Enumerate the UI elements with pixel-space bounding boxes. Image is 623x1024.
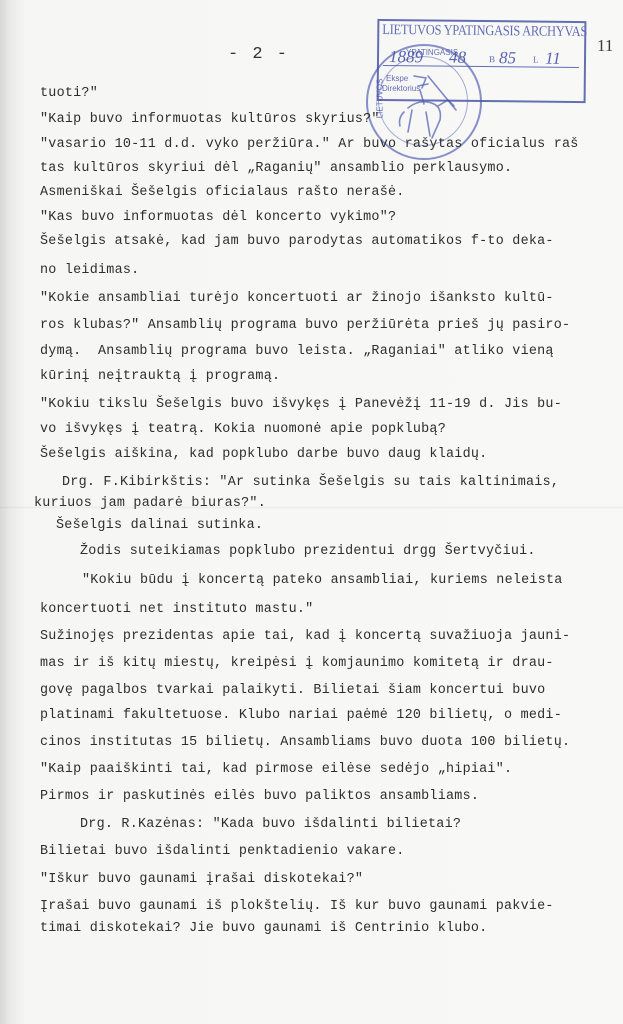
- text-line: koncertuoti net instituto mastu.": [40, 602, 313, 617]
- text-line: "Kokiu tikslu Šešelgis buvo išvykęs į Pa…: [40, 397, 562, 412]
- text-line: kūrinį neįtrauktą į programą.: [40, 369, 280, 384]
- archive-stamp-title: LIETUVOS YPATINGASIS ARCHYVAS: [382, 22, 587, 41]
- text-line: Bilietai buvo išdalinti penktadienio vak…: [40, 844, 405, 859]
- text-line: Šešelgis aiškina, kad popklubo darbe buv…: [40, 447, 487, 462]
- stamp-file-label: B: [489, 54, 495, 64]
- text-line: mas ir iš kitų miestų, kreipėsi į komjau…: [40, 656, 554, 671]
- text-line: cinos institutas 15 bilietų. Ansambliams…: [40, 735, 570, 750]
- text-line: Žodis suteikiamas popklubo prezidentui d…: [80, 544, 536, 559]
- text-line: platinami fakultetuose. Klubo nariai paė…: [40, 708, 562, 723]
- page-number: - 2 -: [228, 45, 289, 64]
- text-line: "Kokie ansambliai turėjo koncertuoti ar …: [40, 291, 554, 306]
- text-line: kuriuos jam padarė biuras?".: [34, 496, 266, 511]
- document-page: - 2 - 11 LIETUVOS YPATINGASIS ARCHYVAS 1…: [0, 0, 623, 1024]
- text-line: timai diskotekai? Jie buvo gaunami iš Ce…: [40, 921, 487, 936]
- text-line: Šešelgis atsakė, kad jam buvo parodytas …: [40, 234, 554, 249]
- text-line: govę pagalbos tvarkai palaikyti. Bilieta…: [40, 683, 545, 698]
- text-line: "Kaip buvo informuotas kultūros skyrius?…: [40, 112, 380, 127]
- text-line: vo išvykęs į teatrą. Kokia nuomonė apie …: [40, 422, 446, 437]
- text-line: Įrašai buvo gaunami iš plokštelių. Iš ku…: [40, 899, 554, 914]
- text-line: "vasario 10-11 d.d. vyko peržiūra." Ar b…: [40, 137, 579, 152]
- text-line: "Kokiu būdu į koncertą pateko ansambliai…: [82, 573, 563, 588]
- stamp-file-number: 85: [499, 48, 516, 68]
- text-line: dymą. Ansamblių programa buvo leista. „R…: [40, 344, 554, 359]
- text-line: Drg. R.Kazėnas: "Kada buvo išdalinti bil…: [80, 817, 461, 832]
- text-line: tuoti?": [40, 86, 98, 101]
- text-line: Sužinojęs prezidentas apie tai, kad į ko…: [40, 629, 570, 644]
- text-line: no leidimas.: [40, 263, 139, 278]
- handwritten-sheet-mark: 11: [597, 36, 613, 56]
- text-line: Asmeniškai Šešelgis oficialaus rašto ner…: [40, 185, 405, 200]
- text-line: Pirmos ir paskutinės eilės buvo paliktos…: [40, 789, 479, 804]
- text-line: "Kaip paaiškinti tai, kad pirmose eilėse…: [40, 762, 512, 777]
- text-line: "Kas buvo informuotas dėl koncerto vykim…: [40, 210, 396, 225]
- text-line: Šešelgis dalinai sutinka.: [56, 518, 263, 533]
- stamp-sheet-number: 11: [545, 49, 561, 69]
- text-line: Drg. F.Kibirkštis: "Ar sutinka Šešelgis …: [62, 475, 559, 490]
- text-line: tas kultūros skyriui dėl „Raganių" ansam…: [40, 161, 512, 176]
- text-line: ros klubas?" Ansamblių programa buvo per…: [40, 318, 570, 333]
- text-line: "Iškur buvo gaunami įrašai diskotekai?": [40, 872, 363, 887]
- stamp-sheet-label: L: [533, 55, 539, 65]
